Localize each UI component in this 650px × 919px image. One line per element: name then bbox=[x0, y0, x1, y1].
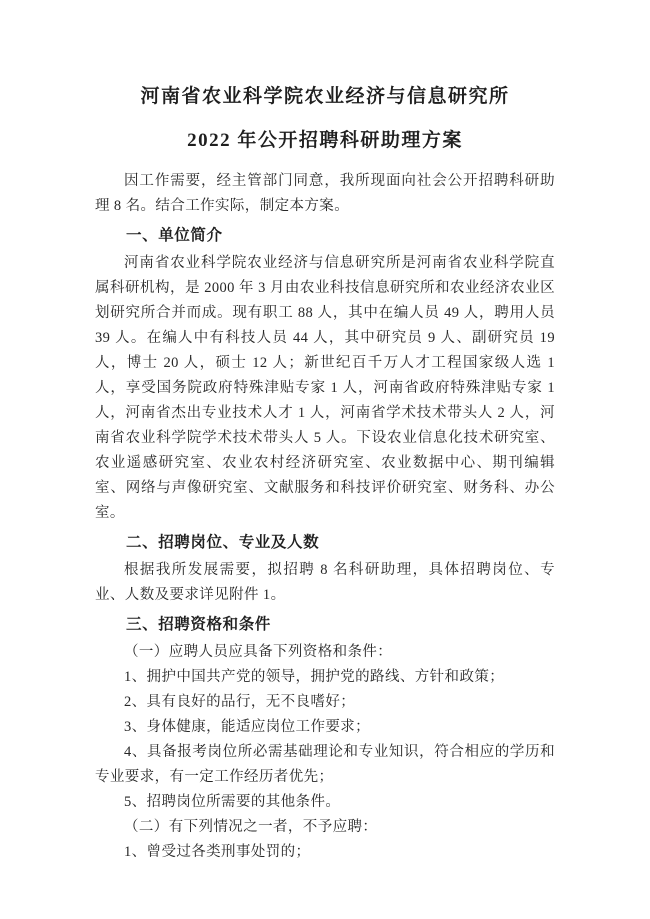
section-2-heading: 二、招聘岗位、专业及人数 bbox=[95, 530, 555, 555]
section-2-body: 根据我所发展需要，拟招聘 8 名科研助理，具体招聘岗位、专业、人数及要求详见附件… bbox=[95, 558, 555, 608]
condition-item-4: 4、具备报考岗位所必需基础理论和专业知识，符合相应的学历和专业要求，有一定工作经… bbox=[95, 740, 555, 790]
condition-item-2: 2、具有良好的品行，无不良嗜好； bbox=[95, 690, 555, 715]
condition-item-3: 3、身体健康，能适应岗位工作要求； bbox=[95, 715, 555, 740]
condition-item-5: 5、招聘岗位所需要的其他条件。 bbox=[95, 790, 555, 815]
document-page: 河南省农业科学院农业经济与信息研究所 2022 年公开招聘科研助理方案 因工作需… bbox=[0, 0, 650, 919]
condition-subheading-2: （二）有下列情况之一者，不予应聘： bbox=[95, 815, 555, 840]
section-1-heading: 一、单位简介 bbox=[95, 223, 555, 248]
section-3-heading: 三、招聘资格和条件 bbox=[95, 612, 555, 637]
section-1-body: 河南省农业科学院农业经济与信息研究所是河南省农业科学院直属科研机构，是 2000… bbox=[95, 251, 555, 526]
condition-item-1: 1、拥护中国共产党的领导，拥护党的路线、方针和政策； bbox=[95, 665, 555, 690]
doc-title: 河南省农业科学院农业经济与信息研究所 bbox=[95, 84, 555, 110]
condition-subheading-1: （一）应聘人员应具备下列资格和条件： bbox=[95, 640, 555, 665]
intro-paragraph: 因工作需要，经主管部门同意，我所现面向社会公开招聘科研助理 8 名。结合工作实际… bbox=[95, 169, 555, 219]
exclusion-item-1: 1、曾受过各类刑事处罚的； bbox=[95, 840, 555, 865]
doc-subtitle: 2022 年公开招聘科研助理方案 bbox=[95, 128, 555, 154]
